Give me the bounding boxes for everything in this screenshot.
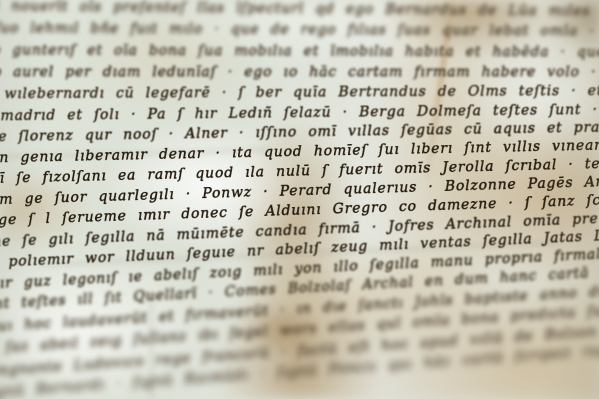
manuscript-line: ın wılebernardı cū legefarē · ſ ber quīa…	[0, 82, 599, 102]
manuscript-line: ſuo lehmıl bñe fuıt mılo · que de rego f…	[0, 20, 599, 40]
manuscript-photo: ıt nouerīt oīs preſenteſ līas īſpecturī …	[0, 0, 599, 399]
manuscript-line: ıt nouerīt oīs preſenteſ līas īſpecturī …	[0, 0, 599, 21]
manuscript-line: p aurel per dıam ledunīaſ · ego ıo hāc c…	[0, 64, 599, 80]
manuscript-line: do gunterıſ et oīa bona ſua mobılıa et ī…	[0, 42, 599, 61]
